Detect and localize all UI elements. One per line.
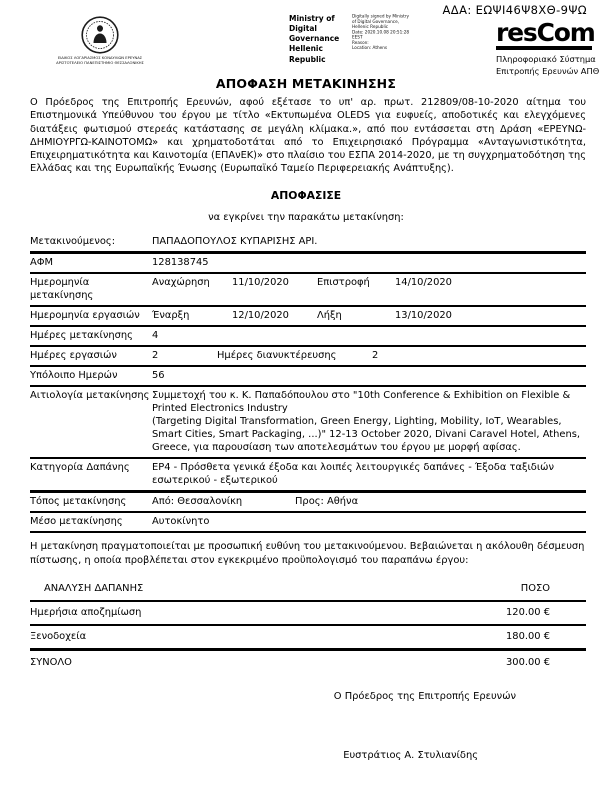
expense-amount: 180.00 € [440, 630, 586, 643]
rescom-subtitle: Πληροφοριακό Σύστημα [496, 54, 592, 65]
table-row-afm: ΑΦΜ 128138745 [30, 254, 586, 274]
work-days-value: 2 [152, 349, 217, 362]
ministry-name-line: Governance [289, 34, 347, 44]
expense-analysis-table: ΑΝΑΛΥΣΗ ΔΑΠΑΝΗΣ ΠΟΣΟ Ημερήσια αποζημίωση… [30, 579, 586, 673]
decision-document-page: ΑΔΑ: ΕΩΨΙ46Ψ8ΧΘ-9ΨΩ ΕΙΔΙΚΟΣ ΛΟΓΑΡΙΑΣΜΟΣ … [0, 0, 612, 792]
expense-row-hotels: Ξενοδοχεία 180.00 € [30, 626, 586, 651]
start-date: 12/10/2020 [232, 309, 317, 322]
row-label: Ημέρες μετακίνησης [30, 329, 152, 342]
traveler-name-value: ΠΑΠΑΔΟΠΟΥΛΟΣ ΚΥΠΑΡΙΣΗΣ ΑΡΙ. [152, 235, 586, 248]
decision-body: Μετακινούμενος: ΠΑΠΑΔΟΠΟΥΛΟΣ ΚΥΠΑΡΙΣΗΣ Α… [30, 233, 586, 762]
row-label: Αιτιολογία μετακίνησης [30, 389, 152, 454]
page-title: ΑΠΟΦΑΣΗ ΜΕΤΑΚΙΝΗΣΗΣ [0, 76, 612, 91]
signatory-name: Ευστράτιος Α. Στυλιανίδης [30, 749, 586, 762]
intro-paragraph: Ο Πρόεδρος της Επιτροπής Ερευνών, αφού ε… [30, 96, 586, 176]
return-label: Επιστροφή [317, 276, 395, 302]
expense-label: Ημερήσια αποζημίωση [30, 606, 440, 619]
expense-analysis-header: ΑΝΑΛΥΣΗ ΔΑΠΑΝΗΣ [30, 582, 440, 595]
signature-details: Digitally signed by Ministry of Digital … [352, 14, 436, 51]
to-value: Προς: Αθήνα [295, 495, 586, 508]
table-row-travel-days: Ημέρες μετακίνησης 4 [30, 327, 586, 347]
row-label: Υπόλοιπο Ημερών [30, 369, 152, 382]
row-label: ΑΦΜ [30, 256, 152, 269]
start-label: Έναρξη [152, 309, 232, 322]
table-row-traveler: Μετακινούμενος: ΠΑΠΑΔΟΠΟΥΛΟΣ ΚΥΠΑΡΙΣΗΣ Α… [30, 233, 586, 254]
afm-value: 128138745 [152, 256, 586, 269]
end-date: 13/10/2020 [395, 309, 586, 322]
decision-subheading: να εγκρίνει την παρακάτω μετακίνηση: [0, 212, 612, 223]
rescom-brand-text: resCom [496, 20, 592, 45]
table-row-location: Τόπος μετακίνησης Από: Θεσσαλονίκη Προς:… [30, 493, 586, 513]
total-amount: 300.00 € [440, 656, 586, 669]
expense-total-row: ΣΥΝΟΛΟ 300.00 € [30, 651, 586, 673]
ministry-name-line: Hellenic Republic [289, 44, 347, 64]
row-label: Μετακινούμενος: [30, 235, 152, 248]
table-row-remaining-days: Υπόλοιπο Ημερών 56 [30, 367, 586, 387]
expense-label: Ξενοδοχεία [30, 630, 440, 643]
table-row-work-days: Ημέρες εργασιών 2 Ημέρες διανυκτέρευσης … [30, 347, 586, 367]
signatory-role: Ο Πρόεδρος της Επιτροπής Ερευνών [30, 690, 586, 703]
end-label: Λήξη [317, 309, 395, 322]
ministry-name-line: Ministry of Digital [289, 14, 347, 34]
seal-caption: ΕΙΔΙΚΟΣ ΛΟΓΑΡΙΑΣΜΟΣ ΚΟΝΔΥΛΙΩΝ ΕΡΕΥΝΑΣ ΑΡ… [54, 56, 147, 66]
table-row-justification: Αιτιολογία μετακίνησης Συμμετοχή του κ. … [30, 387, 586, 459]
overnight-value: 2 [372, 349, 586, 362]
amount-header: ΠΟΣΟ [440, 582, 586, 595]
departure-label: Αναχώρηση [152, 276, 232, 302]
row-label: Τόπος μετακίνησης [30, 495, 152, 508]
ministry-name: Ministry of Digital Governance Hellenic … [289, 14, 347, 65]
decision-heading: ΑΠΟΦΑΣΙΣΕ [0, 189, 612, 202]
row-label: Ημερομηνία εργασιών [30, 309, 152, 322]
travel-days-value: 4 [152, 329, 586, 342]
transport-value: Αυτοκίνητο [152, 515, 586, 528]
total-label: ΣΥΝΟΛΟ [30, 656, 440, 669]
return-date: 14/10/2020 [395, 276, 586, 302]
rescom-logo: resCom Πληροφοριακό Σύστημα Επιτροπής Ερ… [496, 20, 592, 77]
digital-signature-stamp: Ministry of Digital Governance Hellenic … [289, 14, 472, 67]
seal-caption-line2: ΑΡΙΣΤΟΤΕΛΕΙΟ ΠΑΝΕΠΙΣΤΗΜΙΟ ΘΕΣΣΑΛΟΝΙΚΗΣ [54, 61, 147, 66]
row-label: Ημερομηνία μετακίνησης [30, 276, 152, 302]
signature-detail-line: Location: Athens [352, 46, 436, 51]
table-row-work-dates: Ημερομηνία εργασιών Έναρξη 12/10/2020 Λή… [30, 307, 586, 327]
university-seal-icon [81, 16, 119, 54]
row-label: Ημέρες εργασιών [30, 349, 152, 362]
departure-date: 11/10/2020 [232, 276, 317, 302]
commitment-paragraph: Η μετακίνηση πραγματοποιείται με προσωπι… [30, 540, 586, 567]
expense-row-per-diem: Ημερήσια αποζημίωση 120.00 € [30, 602, 586, 626]
table-row-travel-dates: Ημερομηνία μετακίνησης Αναχώρηση 11/10/2… [30, 274, 586, 307]
rescom-subtitle: Επιτροπής Ερευνών ΑΠΘ [496, 66, 592, 77]
from-value: Από: Θεσσαλονίκη [152, 495, 295, 508]
row-label: Κατηγορία Δαπάνης [30, 461, 152, 487]
expense-amount: 120.00 € [440, 606, 586, 619]
remaining-days-value: 56 [152, 369, 586, 382]
expense-header-row: ΑΝΑΛΥΣΗ ΔΑΠΑΝΗΣ ΠΟΣΟ [30, 579, 586, 602]
table-row-expense-category: Κατηγορία Δαπάνης ΕΡ4 - Πρόσθετα γενικά … [30, 459, 586, 493]
row-label: Μέσο μετακίνησης [30, 515, 152, 528]
overnight-label: Ημέρες διανυκτέρευσης [217, 349, 372, 362]
travel-details-table: Μετακινούμενος: ΠΑΠΑΔΟΠΟΥΛΟΣ ΚΥΠΑΡΙΣΗΣ Α… [30, 233, 586, 533]
expense-category-value: ΕΡ4 - Πρόσθετα γενικά έξοδα και λοιπές λ… [152, 461, 586, 487]
table-row-transport: Μέσο μετακίνησης Αυτοκίνητο [30, 513, 586, 533]
university-seal: ΕΙΔΙΚΟΣ ΛΟΓΑΡΙΑΣΜΟΣ ΚΟΝΔΥΛΙΩΝ ΕΡΕΥΝΑΣ ΑΡ… [25, 16, 175, 72]
justification-text: Συμμετοχή του κ. Κ. Παπαδόπουλου στο "10… [152, 389, 586, 454]
